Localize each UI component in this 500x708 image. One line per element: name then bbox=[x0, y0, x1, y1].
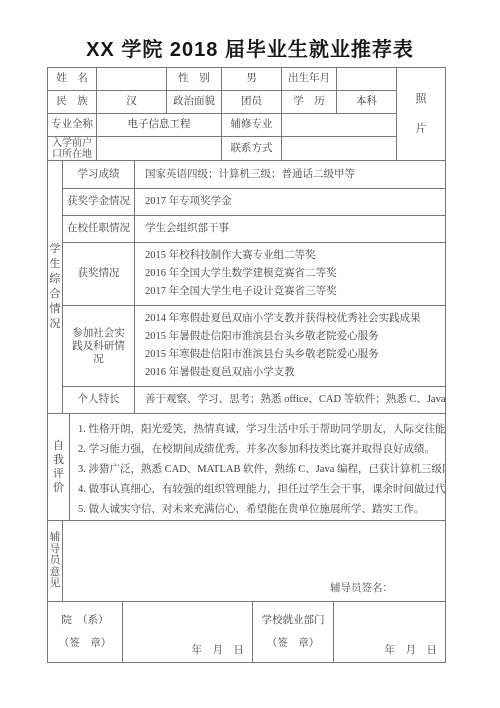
school-position-value: 学生会组织部干事 bbox=[135, 216, 446, 243]
comprehensive-table: 学生综合情况 学习成绩 国家英语四级；计算机三级；普通话二级甲等 获奖学金情况 … bbox=[47, 160, 446, 414]
scholarship-value: 2017 年专项奖学金 bbox=[135, 189, 446, 216]
awards-label: 获奖情况 bbox=[63, 243, 135, 306]
gender-value: 男 bbox=[222, 68, 282, 91]
photo-placeholder: 照片 bbox=[397, 68, 446, 161]
ethnicity-label: 民 族 bbox=[48, 91, 97, 114]
political-status-label: 政治面貌 bbox=[167, 91, 222, 114]
school-position-label: 在校任职情况 bbox=[63, 216, 135, 243]
birth-date-value bbox=[337, 68, 397, 91]
hukou-label: 入学前户口所在地 bbox=[48, 137, 97, 161]
seal-table: 院 （系） （签 章） 年 月 日 学校就业部门 （签 章） 年 月 日 bbox=[47, 601, 446, 663]
personal-strengths-label: 个人特长 bbox=[63, 387, 135, 414]
gender-label: 性 别 bbox=[167, 68, 222, 91]
name-value bbox=[97, 68, 167, 91]
document-page: XX 学院 2018 届毕业生就业推荐表 姓 名 性 别 男 出生年月 照片 bbox=[0, 0, 500, 708]
hukou-value bbox=[97, 137, 222, 161]
academic-record-value: 国家英语四级；计算机三级；普通话二级甲等 bbox=[135, 161, 446, 189]
ethnicity-value: 汉 bbox=[97, 91, 167, 114]
clipped-line: 5. 做人诚实守信，对未来充满信心，希望能在贵单位施展所学、踏实工作。 bbox=[78, 500, 445, 520]
self-evaluation-table: 自我评价 1. 性格开朗，阳光爱笑，热情真诚，学习生活中乐于帮助同学朋友，人际交… bbox=[47, 413, 446, 521]
contact-value bbox=[282, 137, 397, 161]
academic-record-label: 学习成绩 bbox=[63, 161, 135, 189]
major-value: 电子信息工程 bbox=[97, 114, 222, 137]
political-status-value: 团员 bbox=[222, 91, 282, 114]
photo-label: 照片 bbox=[416, 84, 427, 144]
recommendation-form: 姓 名 性 别 男 出生年月 照片 民 族 汉 政治面貌 团员 学 历 本科 专… bbox=[47, 67, 447, 663]
school-employment-seal-label: 学校就业部门 （签 章） bbox=[253, 602, 334, 663]
name-label: 姓 名 bbox=[48, 68, 97, 91]
self-evaluation-content: 1. 性格开朗，阳光爱笑，热情真诚，学习生活中乐于帮助同学朋友，人际交往能力强。… bbox=[70, 414, 446, 521]
section-label-self-evaluation: 自我评价 bbox=[48, 414, 70, 521]
personal-strengths-value: 善于观察、学习、思考；熟悉 office、CAD 等软件；熟悉 C、Java 编… bbox=[135, 387, 446, 414]
degree-value: 本科 bbox=[337, 91, 397, 114]
degree-label: 学 历 bbox=[282, 91, 337, 114]
counselor-opinion-table: 辅导员意见 辅导员签名： bbox=[47, 520, 446, 602]
department-seal-label: 院 （系） （签 章） bbox=[48, 602, 123, 663]
scholarship-label: 获奖学金情况 bbox=[63, 189, 135, 216]
social-practice-label: 参加社会实践及科研情况 bbox=[63, 306, 135, 387]
major-label: 专业全称 bbox=[48, 114, 97, 137]
personal-info-table: 姓 名 性 别 男 出生年月 照片 民 族 汉 政治面貌 团员 学 历 本科 专… bbox=[47, 67, 446, 161]
birth-date-label: 出生年月 bbox=[282, 68, 337, 91]
contact-label: 联系方式 bbox=[222, 137, 282, 161]
minor-value bbox=[282, 114, 397, 137]
social-practice-value: 2014 年寒假赴夏邑双庙小学支教并获得校优秀社会实践成果 2015 年暑假赴信… bbox=[135, 306, 446, 387]
department-date: 年 月 日 bbox=[123, 602, 253, 663]
minor-label: 辅修专业 bbox=[222, 114, 282, 137]
section-label-counselor: 辅导员意见 bbox=[48, 521, 63, 602]
counselor-signature-label: 辅导员签名： bbox=[330, 583, 393, 595]
page-title: XX 学院 2018 届毕业生就业推荐表 bbox=[0, 33, 500, 62]
school-date: 年 月 日 bbox=[334, 602, 446, 663]
counselor-opinion-content: 辅导员签名： bbox=[63, 521, 446, 602]
awards-value: 2015 年校科技制作大赛专业组二等奖 2016 年全国大学生数学建模竞赛省二等… bbox=[135, 243, 446, 306]
section-label-comprehensive: 学生综合情况 bbox=[48, 161, 63, 414]
